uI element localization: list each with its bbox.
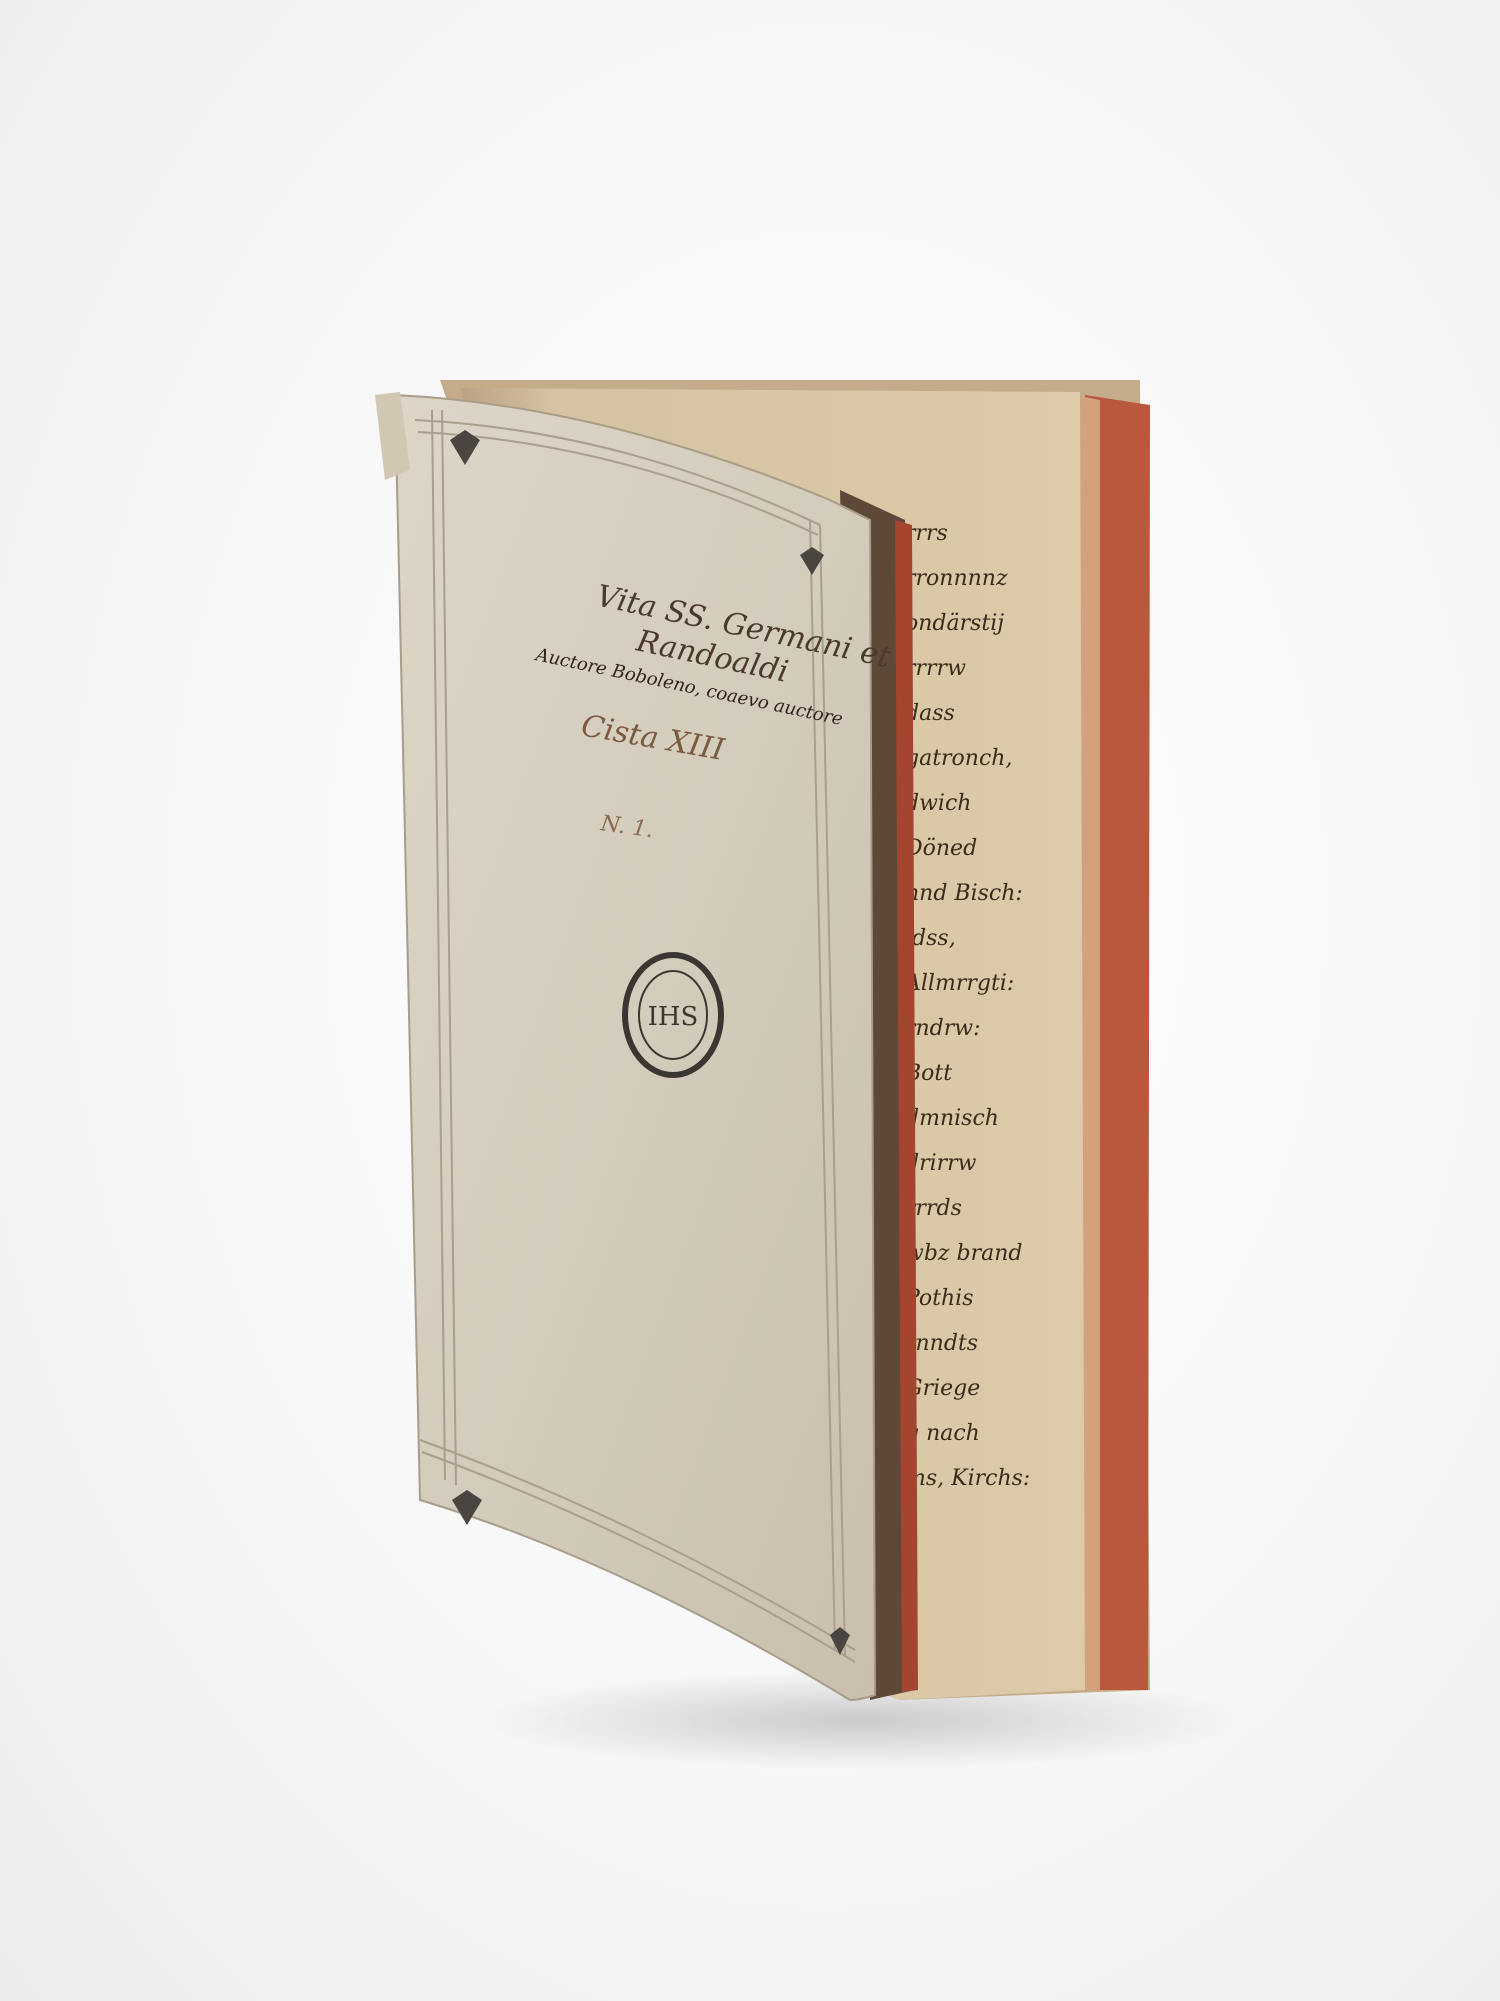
svg-text:dmnisch: dmnisch (905, 1106, 999, 1131)
svg-text:nnd Bisch:: nnd Bisch: (905, 881, 1023, 906)
svg-text:ms, Kirchs:: ms, Kirchs: (905, 1466, 1030, 1491)
svg-text:rronnnnz: rronnnnz (905, 566, 1008, 591)
photo-scene: rrrs rronnnnz ondärstij rrrrw dass gatro… (0, 0, 1500, 2001)
book-illustration: rrrs rronnnnz ondärstij rrrrw dass gatro… (0, 0, 1500, 2001)
svg-text:IHS: IHS (648, 1002, 699, 1032)
svg-text:ondärstij: ondärstij (905, 611, 1004, 636)
svg-text:drirrw: drirrw (905, 1151, 977, 1176)
svg-text:Döned: Döned (904, 836, 977, 861)
svg-text:rrrrw: rrrrw (905, 656, 966, 681)
svg-text:rndrw:: rndrw: (905, 1016, 981, 1041)
svg-text:gatronch,: gatronch, (905, 746, 1012, 771)
svg-text:Allmrrgti:: Allmrrgti: (903, 971, 1014, 996)
svg-text:dwich: dwich (905, 791, 971, 816)
svg-text:wbz brand: wbz brand (905, 1241, 1022, 1266)
